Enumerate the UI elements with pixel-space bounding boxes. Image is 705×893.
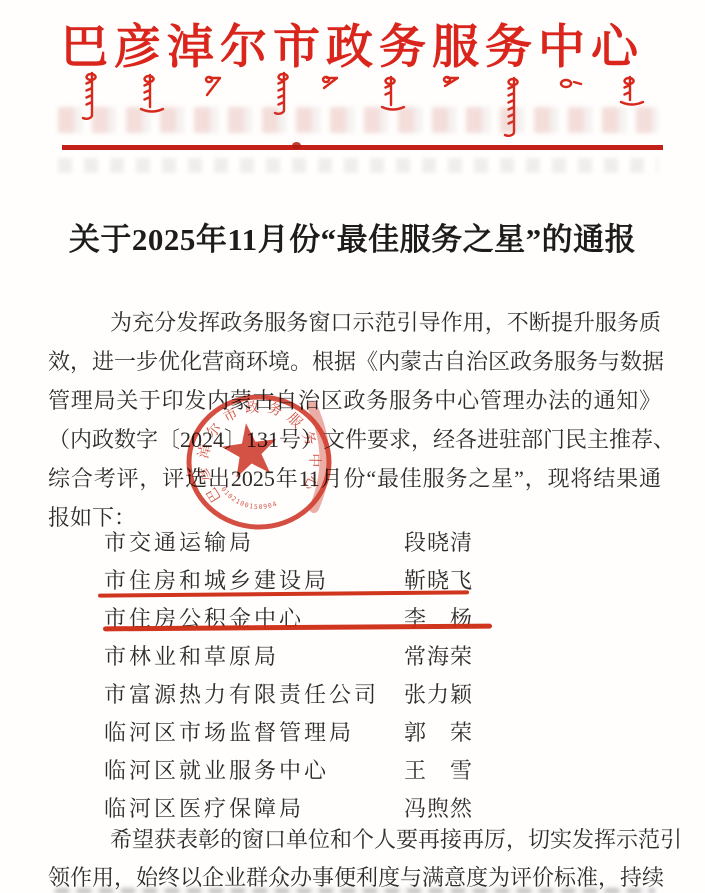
body-text-line: （内政数字〔2024〕131号）文件要求，经各进驻部门民主推荐、 <box>48 420 661 459</box>
body-text-line: 效，进一步优化营商环境。根据《内蒙古自治区政务服务与数据 <box>48 342 661 381</box>
award-row: 市住房公积金中心李 杨 <box>48 600 661 638</box>
mongolian-glyph <box>206 77 220 95</box>
award-department: 市交通运输局 <box>104 530 254 555</box>
award-list: 市交通运输局段晓清市住房和城乡建设局靳晓飞市住房公积金中心李 杨市林业和草原局常… <box>48 524 661 828</box>
ink-speck <box>292 142 301 149</box>
mongolian-glyph <box>83 73 96 119</box>
mongolian-glyph <box>621 77 643 105</box>
award-department: 临河区市场监督管理局 <box>104 720 354 745</box>
award-department: 市富源热力有限责任公司 <box>104 682 379 707</box>
award-department: 市林业和草原局 <box>104 644 279 669</box>
mongolian-glyph <box>141 75 163 112</box>
page-bottom-cutoff-text <box>55 888 655 893</box>
body-text-line: 为充分发挥政务服务窗口示范引导作用，不断提升服务质 <box>48 303 661 342</box>
intro-paragraph: 为充分发挥政务服务窗口示范引导作用，不断提升服务质效，进一步优化营商环境。根据《… <box>48 303 661 537</box>
mongolian-glyph <box>382 77 404 110</box>
award-name: 张力颖 <box>404 676 473 714</box>
award-row: 临河区就业服务中心王 雪 <box>48 752 661 790</box>
award-row: 市交通运输局段晓清 <box>48 524 661 562</box>
award-name: 段晓清 <box>404 524 473 562</box>
mongolian-glyph <box>275 73 288 114</box>
body-text-line: 管理局关于印发内蒙古自治区政务服务中心管理办法的通知》 <box>48 381 661 420</box>
body-text-line: 综合考评，评选出2025年11月份“最佳服务之星”，现将结果通 <box>48 459 661 498</box>
letterhead-divider-rule <box>62 145 663 150</box>
award-row: 市富源热力有限责任公司张力颖 <box>48 676 661 714</box>
body-text-line: 希望获表彰的窗口单位和个人要再接再厉，切实发挥示范引 <box>48 821 661 859</box>
mongolian-glyph <box>323 77 337 88</box>
award-name: 郭 荣 <box>404 714 473 752</box>
award-department: 临河区就业服务中心 <box>104 758 329 783</box>
mongolian-glyph <box>561 80 581 87</box>
award-department: 临河区医疗保障局 <box>104 796 304 821</box>
mongolian-glyph <box>444 77 458 86</box>
award-row: 临河区市场监督管理局郭 荣 <box>48 714 661 752</box>
award-name: 王 雪 <box>404 752 473 790</box>
award-name: 李 杨 <box>404 600 473 638</box>
document-title: 关于2025年11月份“最佳服务之星”的通报 <box>0 214 705 259</box>
closing-paragraph: 希望获表彰的窗口单位和个人要再接再厉，切实发挥示范引领作用，始终以企业群众办事便… <box>48 821 661 893</box>
award-row: 市林业和草原局常海荣 <box>48 638 661 676</box>
award-department: 市住房和城乡建设局 <box>104 568 329 593</box>
award-name: 常海荣 <box>404 638 473 676</box>
mongolian-glyph <box>505 78 518 136</box>
scanned-government-notice: 巴彦淖尔市政务服务中心 关于2025年11月份“最佳服务之星”的通报 为充分发挥… <box>0 0 705 893</box>
